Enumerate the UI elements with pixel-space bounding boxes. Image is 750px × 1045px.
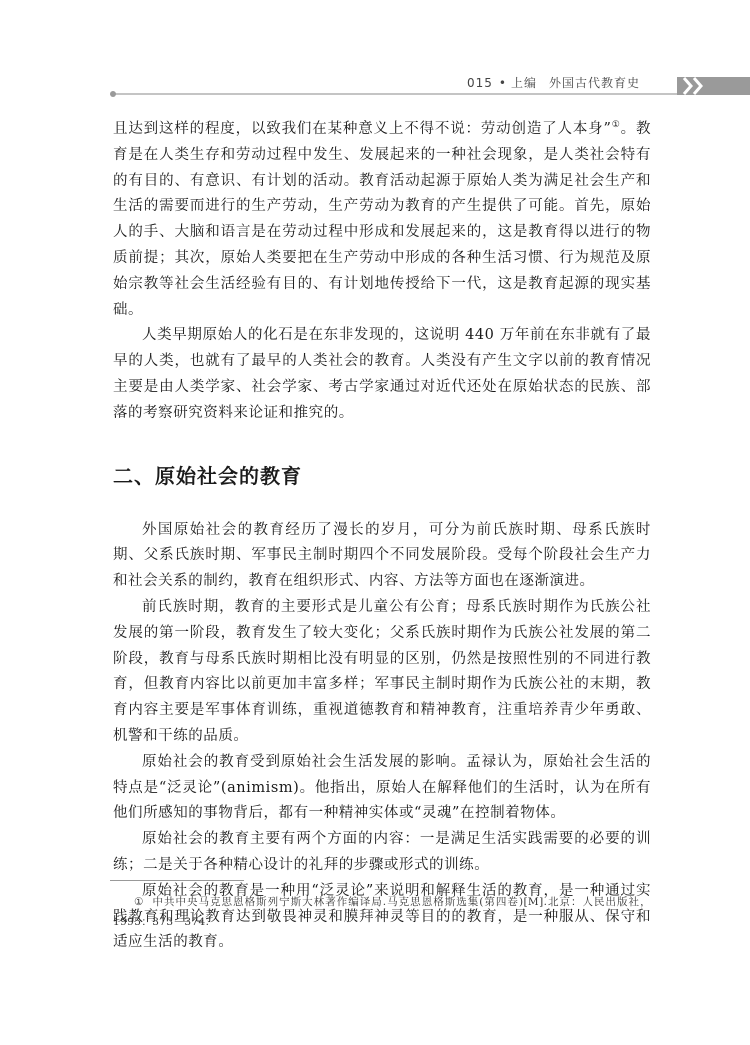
double-chevron-right-icon [680, 77, 720, 95]
paragraph-periods: 前氏族时期，教育的主要形式是儿童公有公育；母系氏族时期作为氏族公社发展的第一阶段… [113, 595, 651, 750]
header-rule [113, 93, 678, 95]
part-label: 上编 [511, 76, 537, 90]
section-title: 二、原始社会的教育 [113, 460, 651, 489]
footnote-rule [110, 880, 244, 881]
header-rule-dot [110, 91, 116, 97]
footnote-text: 中共中央马克思恩格斯列宁斯大林著作编译局.马克思恩格斯选集(第四卷)[M].北京… [113, 896, 651, 928]
paragraph-text: 且达到这样的程度，以致我们在某种意义上不得不说：劳动创造了人本身” [113, 121, 611, 137]
running-head: 015•上编外国古代教育史 [467, 74, 640, 91]
paragraph-stages: 外国原始社会的教育经历了漫长的岁月，可分为前氏族时期、母系氏族时期、父系氏族时期… [113, 518, 651, 595]
page-header: 015•上编外国古代教育史 [0, 0, 750, 100]
page-body: 且达到这样的程度，以致我们在某种意义上不得不说：劳动创造了人本身”①。教育是在人… [113, 117, 651, 956]
paragraph-text: 。教育是在人类生存和劳动过程中发生、发展起来的一种社会现象，是人类社会特有的有目… [113, 121, 651, 318]
running-head-separator: • [499, 76, 507, 90]
header-tab [677, 77, 750, 95]
paragraph-animism: 原始社会的教育受到原始社会生活发展的影响。孟禄认为，原始社会生活的特点是“泛灵论… [113, 750, 651, 827]
paragraph-content: 原始社会的教育主要有两个方面的内容：一是满足生活实践需要的必要的训练；二是关于各… [113, 827, 651, 879]
footnote: ①中共中央马克思恩格斯列宁斯大林著作编译局.马克思恩格斯选集(第四卷)[M].北… [113, 892, 651, 932]
footnote-mark: ① [134, 896, 144, 908]
page-number: 015 [467, 76, 493, 90]
book-title: 外国古代教育史 [549, 76, 640, 90]
paragraph-fossil: 人类早期原始人的化石是在东非发现的，这说明 440 万年前在东非就有了最早的人类… [113, 323, 651, 426]
footnote-reference[interactable]: ① [611, 120, 620, 130]
paragraph-intro-continued: 且达到这样的程度，以致我们在某种意义上不得不说：劳动创造了人本身”①。教育是在人… [113, 117, 651, 323]
